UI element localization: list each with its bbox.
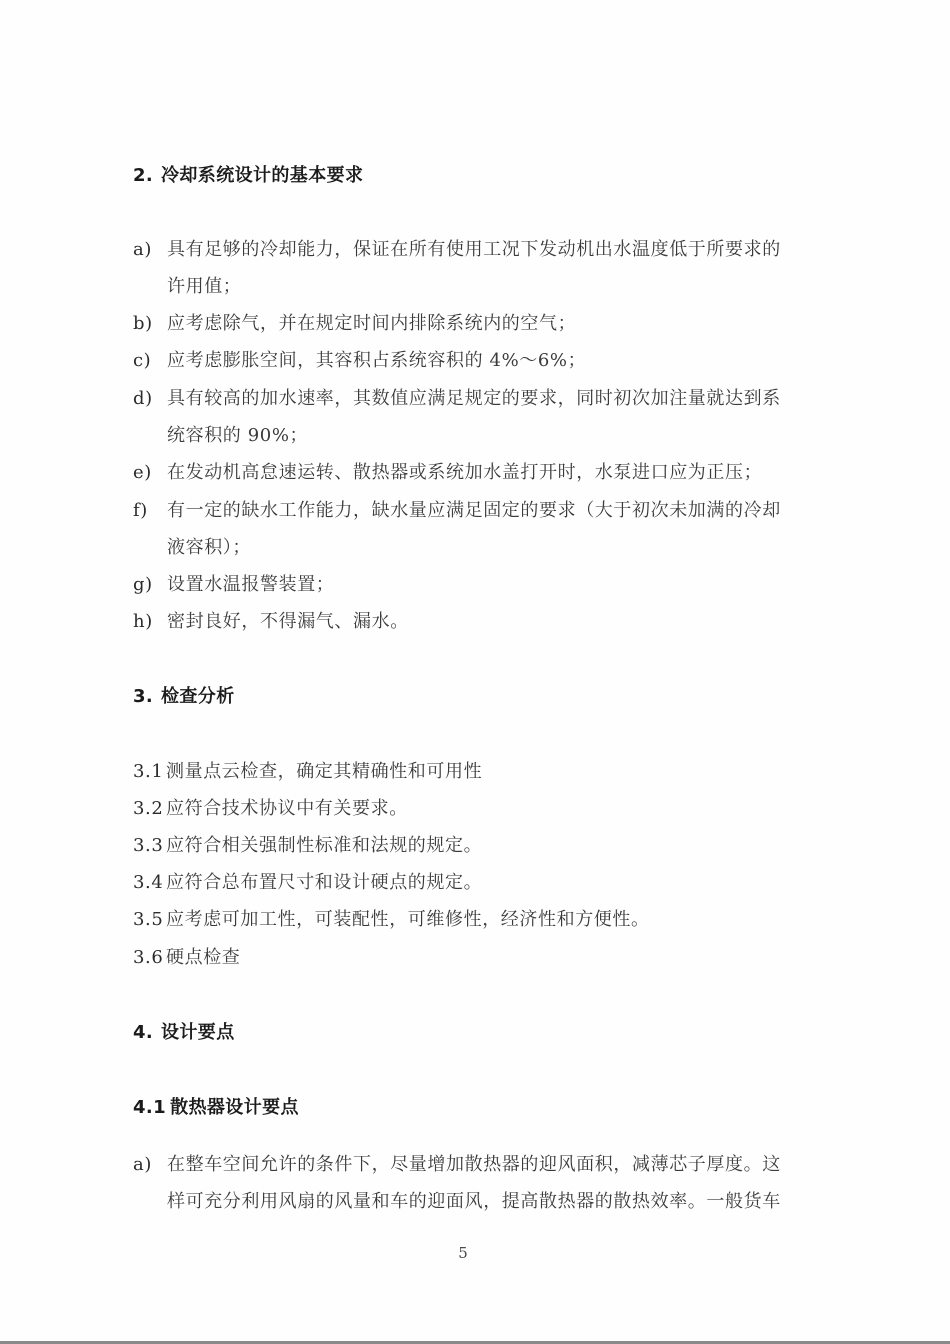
list-marker: 3.5 <box>133 907 166 933</box>
section-number: 3. <box>133 684 161 710</box>
document-page: 2.冷却系统设计的基本要求 a)具有足够的冷却能力，保证在所有使用工况下发动机出… <box>0 0 950 1342</box>
list-item-text: 在发动机高怠速运转、散热器或系统加水盖打开时，水泵进口应为正压； <box>167 462 762 483</box>
section-title: 设计要点 <box>161 1022 235 1043</box>
page-number: 5 <box>455 1244 471 1262</box>
list-item-3-6: 3.6硬点检查 <box>133 945 240 971</box>
list-item-text: 硬点检查 <box>166 947 240 968</box>
list-item-text: 应考虑除气，并在规定时间内排除系统内的空气； <box>167 313 576 334</box>
list-item-text: 设置水温报警装置； <box>167 574 334 595</box>
list-item-text: 应符合相关强制性标准和法规的规定。 <box>166 835 482 856</box>
list-marker: e) <box>133 460 167 486</box>
list-item-d-continuation: 统容积的 90%； <box>167 423 308 449</box>
list-item-text: 具有较高的加水速率，其数值应满足规定的要求，同时初次加注量就达到系 <box>167 388 781 409</box>
list-item-e: e)在发动机高怠速运转、散热器或系统加水盖打开时，水泵进口应为正压； <box>133 460 762 486</box>
list-marker: 3.2 <box>133 796 166 822</box>
list-item-3-2: 3.2应符合技术协议中有关要求。 <box>133 796 408 822</box>
list-item-b: b)应考虑除气，并在规定时间内排除系统内的空气； <box>133 311 576 337</box>
list-item-3-1: 3.1测量点云检查，确定其精确性和可用性 <box>133 759 482 785</box>
list-item-text: 应符合技术协议中有关要求。 <box>166 798 408 819</box>
list-marker: f) <box>133 498 167 524</box>
list-item-3-4: 3.4应符合总布置尺寸和设计硬点的规定。 <box>133 870 482 896</box>
list-item-3-5: 3.5应考虑可加工性，可装配性，可维修性，经济性和方便性。 <box>133 907 650 933</box>
list-marker: a) <box>133 1152 167 1178</box>
section-title: 检查分析 <box>161 686 235 707</box>
list-marker: 3.6 <box>133 945 166 971</box>
list-marker: d) <box>133 386 167 412</box>
list-item-d: d)具有较高的加水速率，其数值应满足规定的要求，同时初次加注量就达到系 <box>133 386 781 412</box>
list-item-g: g)设置水温报警装置； <box>133 572 334 598</box>
list-item-text: 具有足够的冷却能力，保证在所有使用工况下发动机出水温度低于所要求的 <box>167 239 781 260</box>
section-number: 4.1 <box>133 1095 166 1121</box>
section-title: 冷却系统设计的基本要求 <box>161 165 363 186</box>
list-item-text: 应考虑可加工性，可装配性，可维修性，经济性和方便性。 <box>166 909 650 930</box>
list-item-f: f)有一定的缺水工作能力，缺水量应满足固定的要求（大于初次未加满的冷却 <box>133 498 781 524</box>
list-item-4-1-a-continuation: 样可充分利用风扇的风量和车的迎面风，提高散热器的散热效率。一般货车 <box>167 1189 781 1215</box>
section-4-1-heading: 4.1散热器设计要点 <box>133 1095 299 1121</box>
section-number: 2. <box>133 163 161 189</box>
list-marker: c) <box>133 348 167 374</box>
section-2-heading: 2.冷却系统设计的基本要求 <box>133 163 363 189</box>
list-item-text: 密封良好，不得漏气、漏水。 <box>167 611 409 632</box>
list-marker: 3.4 <box>133 870 166 896</box>
list-item-a-continuation: 许用值； <box>167 274 241 300</box>
list-item-3-3: 3.3应符合相关强制性标准和法规的规定。 <box>133 833 482 859</box>
list-marker: h) <box>133 609 167 635</box>
list-marker: a) <box>133 237 167 263</box>
list-item-h: h)密封良好，不得漏气、漏水。 <box>133 609 409 635</box>
section-3-heading: 3.检查分析 <box>133 684 235 710</box>
list-marker: 3.3 <box>133 833 166 859</box>
list-item-text: 有一定的缺水工作能力，缺水量应满足固定的要求（大于初次未加满的冷却 <box>167 500 781 521</box>
list-marker: g) <box>133 572 167 598</box>
list-item-c: c)应考虑膨胀空间，其容积占系统容积的 4%～6%； <box>133 348 586 374</box>
list-item-text: 测量点云检查，确定其精确性和可用性 <box>166 761 482 782</box>
list-item-text: 在整车空间允许的条件下，尽量增加散热器的迎风面积，减薄芯子厚度。这 <box>167 1154 781 1175</box>
list-item-f-continuation: 液容积）； <box>167 535 251 561</box>
section-title: 散热器设计要点 <box>170 1097 299 1118</box>
list-item-text: 应符合总布置尺寸和设计硬点的规定。 <box>166 872 482 893</box>
list-item-a: a)具有足够的冷却能力，保证在所有使用工况下发动机出水温度低于所要求的 <box>133 237 781 263</box>
section-4-heading: 4.设计要点 <box>133 1020 235 1046</box>
list-marker: b) <box>133 311 167 337</box>
list-item-4-1-a: a)在整车空间允许的条件下，尽量增加散热器的迎风面积，减薄芯子厚度。这 <box>133 1152 781 1178</box>
list-item-text: 应考虑膨胀空间，其容积占系统容积的 4%～6%； <box>167 350 586 371</box>
section-number: 4. <box>133 1020 161 1046</box>
list-marker: 3.1 <box>133 759 166 785</box>
